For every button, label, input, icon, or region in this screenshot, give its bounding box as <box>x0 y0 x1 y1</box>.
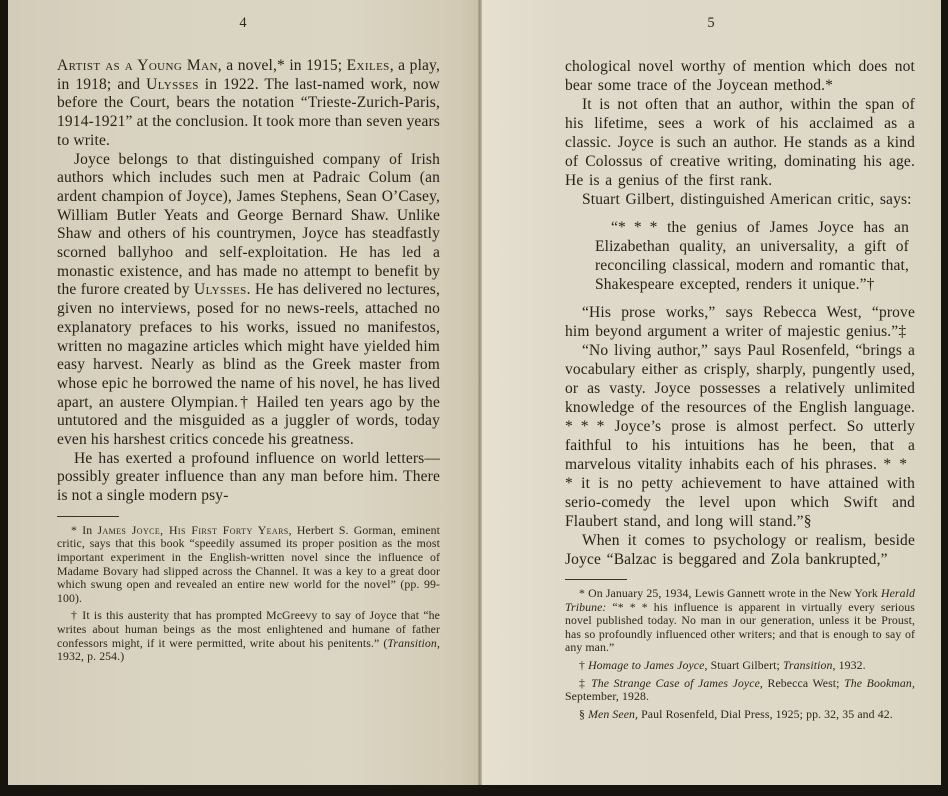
text-run: * In <box>71 523 97 537</box>
footnote-rule-left <box>57 516 119 517</box>
italic-citation: Transition <box>783 658 833 672</box>
left-page-footnote-area: * In James Joyce, His First Forty Years,… <box>57 516 440 664</box>
text-run: . He has delivered no lectures, given no… <box>57 281 440 448</box>
paragraph: When it comes to psychology or realism, … <box>565 531 915 569</box>
book-spread: 4 Artist as a Young Man, a novel,* in 19… <box>0 0 948 796</box>
paragraph: † It is this austerity that has prompted… <box>57 609 440 663</box>
right-page-footnote-area: * On January 25, 1934, Lewis Gannett wro… <box>565 579 915 721</box>
text-run: He has exerted a profound influence on w… <box>57 450 440 504</box>
text-run: “* * * the genius of James Joyce has an … <box>595 219 909 293</box>
paragraph: * In James Joyce, His First Forty Years,… <box>57 524 440 606</box>
text-run: , 1932. <box>832 658 865 672</box>
small-caps-title: Ulysses <box>194 281 247 298</box>
footnote-rule-right <box>565 579 627 580</box>
italic-citation: Homage to James Joyce <box>588 658 704 672</box>
page-number-left: 4 <box>8 0 479 34</box>
right-page-body: chological novel worthy of mention which… <box>565 57 915 569</box>
paragraph: * On January 25, 1934, Lewis Gannett wro… <box>565 587 915 655</box>
italic-citation: The Bookman <box>844 676 912 690</box>
text-run: § <box>579 707 588 721</box>
page-right: 5 chological novel worthy of mention whi… <box>482 0 941 785</box>
paragraph: Joyce belongs to that distinguished comp… <box>57 151 440 450</box>
small-caps-title: Exiles <box>347 57 390 74</box>
text-run: , Paul Rosenfeld, Dial Press, 1925; pp. … <box>635 707 893 721</box>
paragraph: § Men Seen, Paul Rosenfeld, Dial Press, … <box>565 708 915 722</box>
scan-edge-bottom <box>0 785 948 796</box>
text-run: chological novel worthy of mention which… <box>565 58 915 94</box>
block-quote: “* * * the genius of James Joyce has an … <box>595 218 909 294</box>
text-run: When it comes to psychology or realism, … <box>565 532 915 568</box>
page-left: 4 Artist as a Young Man, a novel,* in 19… <box>8 0 479 785</box>
text-run: † It is this austerity that has prompted… <box>57 608 440 649</box>
paragraph: Stuart Gilbert, distinguished American c… <box>565 190 915 209</box>
text-run: * On January 25, 1934, Lewis Gannett wro… <box>579 586 881 600</box>
paragraph: “His prose works,” says Rebecca West, “p… <box>565 303 915 341</box>
paragraph: It is not often that an author, within t… <box>565 95 915 190</box>
text-run: Stuart Gilbert, distinguished American c… <box>582 191 912 208</box>
page-number-right: 5 <box>482 0 941 34</box>
small-caps-title: Artist as a Young Man <box>57 57 218 74</box>
italic-citation: Transition <box>387 636 437 650</box>
text-run: “His prose works,” says Rebecca West, “p… <box>565 304 915 340</box>
paragraph: ‡ The Strange Case of James Joyce, Rebec… <box>565 677 915 704</box>
paragraph: chological novel worthy of mention which… <box>565 57 915 95</box>
text-run: , Rebecca West; <box>760 676 844 690</box>
text-run: † <box>579 658 588 672</box>
text-run: ‡ <box>579 676 591 690</box>
text-run: It is not often that an author, within t… <box>565 96 915 189</box>
italic-citation: Men Seen <box>588 707 635 721</box>
paragraph: † Homage to James Joyce, Stuart Gilbert;… <box>565 659 915 673</box>
small-caps-title: Ulysses <box>146 76 199 93</box>
text-run: , Stuart Gilbert; <box>704 658 782 672</box>
text-run: , a novel,* in 1915; <box>218 57 347 74</box>
right-page-footnotes: * On January 25, 1934, Lewis Gannett wro… <box>565 587 915 721</box>
left-page-footnotes: * In James Joyce, His First Forty Years,… <box>57 524 440 664</box>
text-run: “No living author,” says Paul Rosenfeld,… <box>565 342 915 530</box>
text-run: “* * * his influence is apparent in virt… <box>565 600 915 655</box>
italic-citation: The Strange Case of James Joyce <box>591 676 760 690</box>
paragraph: He has exerted a profound influence on w… <box>57 450 440 506</box>
paragraph: Artist as a Young Man, a novel,* in 1915… <box>57 57 440 151</box>
left-page-body: Artist as a Young Man, a novel,* in 1915… <box>57 57 440 506</box>
text-run: Joyce belongs to that distinguished comp… <box>57 151 440 299</box>
small-caps-title: James Joyce, His First Forty Years <box>97 523 288 537</box>
paragraph: “No living author,” says Paul Rosenfeld,… <box>565 341 915 531</box>
